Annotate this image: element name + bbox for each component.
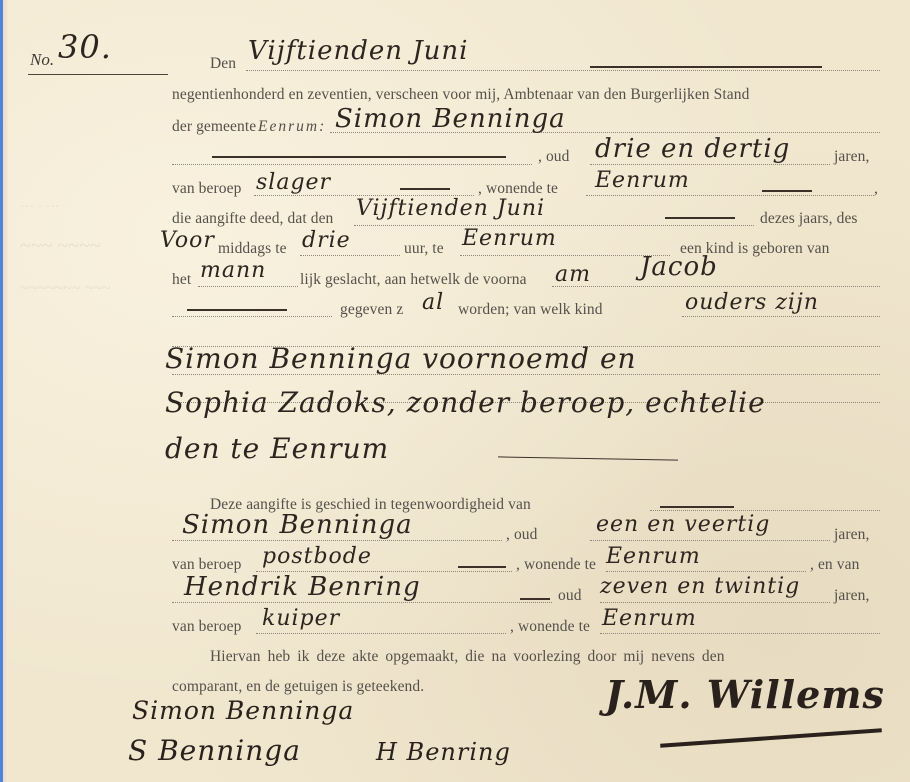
- text-den: Den: [210, 55, 236, 73]
- text-het: het: [172, 271, 191, 289]
- handwritten-residence-parents: den te Eenrum: [165, 432, 389, 465]
- text-gegeven: gegeven z: [340, 301, 403, 319]
- strike-line: [400, 188, 450, 190]
- handwritten-occupation: slager: [256, 170, 331, 195]
- handwritten-witness-1-name: Simon Benninga: [182, 510, 413, 540]
- fill-line: [590, 540, 830, 541]
- text-place-eenrum: Eenrum:: [258, 118, 326, 136]
- text-dezes-jaars: dezes jaars, des: [760, 210, 858, 228]
- text-aangifte: die aangifte deed, dat den: [172, 210, 333, 228]
- bleed-through: ~~~~~~~ ~~~: [20, 280, 111, 298]
- handwritten-birth-place: Eenrum: [462, 226, 557, 251]
- text-closing-2: comparant, en de getuigen is geteekend.: [172, 678, 424, 696]
- handwritten-witness-2-age: zeven en twintig: [600, 574, 800, 599]
- strike-line: [762, 190, 812, 192]
- fill-line: [198, 286, 298, 287]
- strike-line: [590, 66, 822, 68]
- signature-declarant: Simon Benninga: [132, 696, 354, 725]
- fill-line: [246, 70, 880, 71]
- handwritten-child-name: Jacob: [640, 252, 718, 282]
- bleed-through: ~~~ ~~~~: [20, 235, 101, 258]
- certificate-number: 30.: [58, 28, 112, 66]
- handwritten-witness-1-occupation: postbode: [262, 544, 372, 569]
- fill-line: [586, 195, 874, 196]
- text-middags: middags te: [218, 240, 287, 258]
- strike-line: [660, 506, 734, 508]
- text-line-2: negentienhonderd en zeventien, verscheen…: [172, 86, 749, 104]
- strike-line: [665, 217, 735, 219]
- fill-line: [172, 602, 552, 603]
- fill-line: [600, 633, 880, 634]
- signature-witness-2: H Benring: [376, 738, 511, 766]
- handwritten-time: drie: [302, 228, 351, 253]
- text-oud: oud: [558, 587, 582, 605]
- scan-edge-shadow: [3, 0, 8, 782]
- signature-witness-1: S Benninga: [128, 734, 301, 767]
- text-wonende-te: , wonende te: [510, 618, 590, 636]
- strike-line: [498, 456, 678, 460]
- fill-line: [172, 316, 332, 317]
- number-underline: [28, 74, 168, 75]
- handwritten-father: Simon Benninga voornoemd en: [165, 342, 637, 375]
- handwritten-witness-2-residence: Eenrum: [602, 606, 697, 631]
- handwritten-declarant-name: Simon Benninga: [335, 104, 566, 134]
- strike-line: [187, 309, 287, 311]
- text-gemeente: der gemeente: [172, 118, 256, 136]
- signature-underline: [660, 728, 882, 747]
- handwritten-birth-date: Vijftienden Juni: [356, 196, 545, 221]
- fill-line: [600, 602, 830, 603]
- handwritten-date: Vijftienden Juni: [248, 36, 468, 66]
- bleed-through: ··· · ···: [20, 200, 60, 216]
- text-van-beroep: van beroep: [172, 618, 241, 636]
- fill-line: [682, 316, 880, 317]
- strike-line: [212, 156, 506, 158]
- handwritten-residence: Eenrum: [595, 168, 690, 193]
- text-oud: , oud: [506, 526, 538, 544]
- fill-line: [172, 540, 502, 541]
- text-closing-1: Hiervan heb ik deze akte opgemaakt, die …: [210, 648, 725, 666]
- text-en-van: , en van: [810, 556, 859, 574]
- handwritten-mother: Sophia Zadoks, zonder beroep, echtelie: [165, 386, 766, 419]
- handwritten-parents-label: ouders zijn: [685, 290, 819, 315]
- text-wonende-te: , wonende te: [516, 556, 596, 574]
- handwritten-zal: al: [422, 290, 444, 315]
- certificate-page: ··· · ··· ~~~ ~~~~ ~~~~~~~ ~~~ No. 30. D…: [0, 0, 910, 782]
- signature-official: J.M. Willems: [605, 672, 885, 717]
- handwritten-witness-2-name: Hendrik Benring: [184, 572, 421, 602]
- fill-line: [650, 510, 880, 511]
- handwritten-declarant-age: drie en dertig: [595, 134, 790, 164]
- text-jaren: jaren,: [834, 587, 869, 605]
- handwritten-gender: mann: [200, 258, 266, 283]
- text-oud: , oud: [538, 148, 570, 166]
- text-jaren: jaren,: [834, 526, 869, 544]
- handwritten-witness-1-residence: Eenrum: [606, 544, 701, 569]
- fill-line: [460, 255, 670, 256]
- text-van-beroep: van beroep: [172, 180, 241, 198]
- handwritten-witness-2-occupation: kuiper: [262, 606, 340, 631]
- text-uur-te: uur, te: [404, 240, 444, 258]
- fill-line: [552, 286, 880, 287]
- text-comma: ,: [874, 180, 878, 198]
- text-worden: worden; van welk kind: [458, 301, 603, 319]
- strike-line: [520, 598, 550, 600]
- text-geslacht: lijk geslacht, aan hetwelk de voorna: [300, 271, 527, 289]
- handwritten-witness-1-age: een en veertig: [596, 512, 770, 537]
- handwritten-voornaam-suffix: am: [555, 262, 591, 287]
- strike-line: [458, 566, 506, 568]
- fill-line: [606, 571, 806, 572]
- handwritten-voor: Voor: [160, 228, 215, 253]
- fill-line: [172, 164, 532, 165]
- certificate-number-label: No.: [30, 50, 54, 70]
- fill-line: [300, 255, 400, 256]
- text-jaren: jaren,: [834, 148, 869, 166]
- fill-line: [590, 164, 830, 165]
- fill-line: [256, 633, 506, 634]
